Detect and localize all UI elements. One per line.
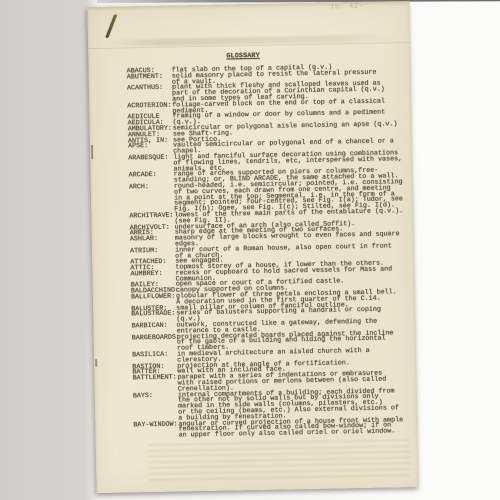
term-label: AUMBREY: — [130, 272, 162, 278]
page-title: GLOSSARY — [226, 52, 260, 61]
term-label: ARABESQUE: — [128, 156, 168, 163]
definition-text: angular or curved projection of a house … — [178, 417, 417, 439]
term-label: ARCH: — [129, 185, 149, 191]
term-label: BASILICA: — [132, 353, 168, 359]
term-label: BALUSTRADE: — [131, 312, 175, 319]
term-label: ASHLAR: — [130, 237, 158, 243]
term-label: BATTLEMENT: — [132, 376, 176, 383]
edge-speck — [91, 145, 93, 159]
term-label: APSE: — [128, 144, 148, 150]
term-label: ARCHITRAVE: — [129, 213, 173, 220]
document-page: Th. 42- GLOSSARY ABACUS: flat slab on th… — [87, 1, 418, 493]
term-label: ARCADE: — [129, 173, 157, 179]
scan-background: Th. 42- GLOSSARY ABACUS: flat slab on th… — [0, 0, 500, 500]
term-label: BARBICAN: — [131, 324, 167, 330]
show-through-ghost-text — [148, 439, 411, 484]
ink-slash-mark — [105, 14, 117, 38]
term-label: ACROTERION: — [127, 103, 171, 110]
edge-speck — [95, 359, 97, 367]
term-label: BALLFLOWER: — [131, 295, 175, 302]
glossary-list: ABACUS: flat slab on the top of a capita… — [127, 64, 418, 440]
term-label: BAY-WINDOW: — [133, 422, 177, 429]
glossary-entry: BAY-WINDOW: angular or curved projection… — [133, 417, 417, 440]
term-label: BAYS: — [133, 394, 153, 400]
term-label: BARGEBOARDS: — [132, 335, 180, 342]
term-label: ACANTHUS: — [127, 86, 163, 92]
term-label: ABUTMENT: — [127, 74, 163, 80]
pencil-annotation: Th. 42- — [330, 2, 363, 12]
term-label: ATRIUM: — [130, 249, 158, 255]
